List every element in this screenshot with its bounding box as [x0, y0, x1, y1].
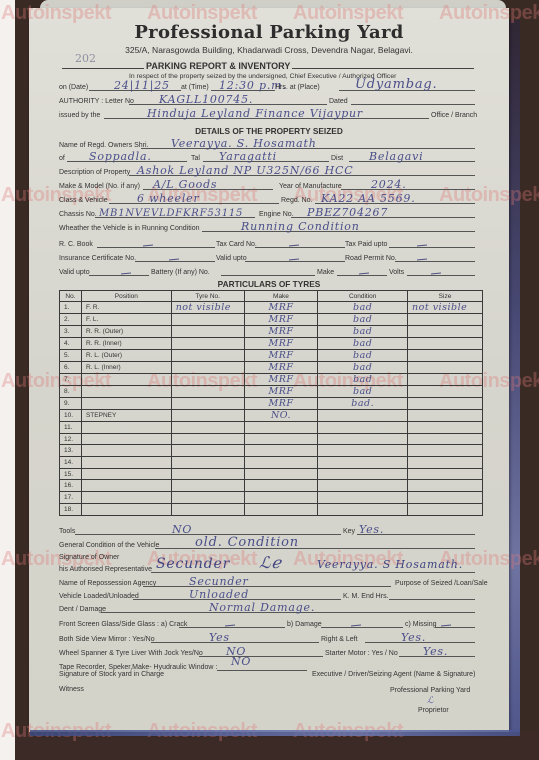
agency-label: Name of Repossession Agency	[59, 580, 156, 587]
tyre-cell-tyre-no	[171, 422, 244, 434]
km-label: K. M. End Hrs.	[343, 593, 389, 600]
tyre-cell-no: 13.	[60, 445, 82, 457]
table-row: 13.	[60, 445, 483, 457]
signature-line	[151, 572, 475, 573]
owner-signature-label: Signature of Owner	[59, 554, 119, 561]
battery-label: Battery (If any) No.	[151, 269, 210, 276]
tyre-cell-condition	[318, 410, 408, 422]
tyre-cell-position	[81, 492, 171, 504]
tyre-cell-no: 3.	[60, 326, 82, 338]
tyre-cell-no: 17.	[60, 492, 82, 504]
tyre-cell-size	[408, 503, 483, 515]
tyre-cell-position: F. R.	[81, 302, 171, 314]
make-model-value: A/L Goods	[153, 178, 217, 191]
tyre-cell-size	[408, 492, 483, 504]
tyre-cell-size	[408, 445, 483, 457]
proprietor-signature-icon: ℒ	[427, 696, 434, 732]
place-label: Hrs. at (Place)	[275, 84, 320, 91]
tyre-cell-tyre-no	[171, 457, 244, 469]
serial-number: 202	[75, 52, 96, 65]
tyre-cell-position	[81, 422, 171, 434]
glass-damage-line	[321, 627, 403, 628]
tyre-cell-tyre-no	[171, 410, 244, 422]
engine-value: PBEZ704267	[307, 206, 388, 219]
tal-label: Tal	[191, 155, 200, 162]
tyre-cell-tyre-no	[171, 433, 244, 445]
representative-signature: Secunder	[156, 556, 230, 572]
tyre-cell-condition: bad	[318, 338, 408, 350]
tyres-table: No. Position Tyre No. Make Condition Siz…	[59, 290, 483, 516]
mirror-label: Both Side View Mirror : Yes/No	[59, 636, 155, 643]
insurance-line	[135, 261, 215, 262]
tyre-cell-no: 1.	[60, 302, 82, 314]
tyre-cell-position	[81, 445, 171, 457]
handwritten-make: MRF	[269, 350, 294, 361]
tyre-cell-no: 5.	[60, 350, 82, 362]
handwritten-make: MRF	[269, 338, 294, 349]
starter-value: Yes.	[423, 645, 448, 658]
chassis-label: Chassis No.	[59, 211, 97, 218]
agency-value: Secunder	[189, 575, 249, 588]
handwritten-condition: bad	[353, 374, 372, 385]
company-address: 325/A, Narasgowda Building, Khadarwadi C…	[29, 45, 509, 55]
tyre-cell-tyre-no	[171, 374, 244, 386]
spanner-label: Wheel Spanner & Tyre Liver With Jock Yes…	[59, 650, 203, 657]
tyre-cell-size	[408, 468, 483, 480]
handwritten-tyre-no: not visible	[176, 302, 231, 313]
tyre-cell-position	[81, 503, 171, 515]
loaded-label: Vehicle Loaded/Unloaded	[59, 593, 139, 600]
tyres-section-title: PARTICULARS OF TYRES	[29, 279, 509, 289]
tyre-cell-tyre-no	[171, 503, 244, 515]
glass-crack-label: Front Screen Glass/Side Glass : a) Crack	[59, 621, 187, 628]
authorised-rep-label: his Authorised Representative	[59, 566, 152, 573]
table-row: 6.R. L. (Inner)MRFbad	[60, 362, 483, 374]
tyre-cell-no: 14.	[60, 457, 82, 469]
owner-signature: Veerayya. S Hosamath.	[317, 558, 463, 571]
description-label: Description of Property	[59, 169, 130, 176]
tyre-cell-no: 8.	[60, 386, 82, 398]
tyre-cell-condition	[318, 503, 408, 515]
dent-label: Dent / Damage	[59, 606, 106, 613]
handwritten-make: MRF	[269, 302, 294, 313]
scribble-signature-icon: ℒℯ	[259, 553, 282, 572]
table-row: 18.	[60, 503, 483, 515]
insurance-label: Insurance Certificate No.	[59, 255, 136, 262]
starter-label: Starter Motor : Yes / No	[325, 650, 398, 657]
right-left-value: Yes.	[401, 631, 426, 644]
tyre-cell-size	[408, 433, 483, 445]
regd-label: Regd. No.	[281, 197, 313, 204]
authority-value: KAGLL100745.	[159, 93, 253, 106]
tyre-cell-no: 10.	[60, 410, 82, 422]
handwritten-make: MRF	[269, 374, 294, 385]
handwritten-condition: bad	[353, 386, 372, 397]
general-condition-label: General Condition of the Vehicle	[59, 542, 159, 549]
valid-upto-label: Valid upto	[216, 255, 247, 262]
of-value: Soppadla.	[89, 150, 152, 163]
col-header-size: Size	[408, 291, 483, 302]
valid-upto-line	[245, 261, 345, 262]
tyre-cell-condition: bad	[318, 314, 408, 326]
handwritten-make: MRF	[269, 314, 294, 325]
col-header-position: Position	[81, 291, 171, 302]
tyre-cell-position	[81, 457, 171, 469]
tyre-cell-no: 4.	[60, 338, 82, 350]
tyre-cell-condition: bad	[318, 326, 408, 338]
handwritten-make: MRF	[269, 362, 294, 373]
tyre-cell-condition: bad	[318, 350, 408, 362]
tyre-cell-make	[244, 422, 318, 434]
tyre-cell-no: 15.	[60, 468, 82, 480]
handwritten-condition: bad	[353, 350, 372, 361]
table-row: 7.MRFbad	[60, 374, 483, 386]
running-condition-label: Wheather the Vehicle is in Running Condi…	[59, 225, 199, 232]
year-value: 2024.	[371, 178, 407, 191]
tyre-cell-tyre-no	[171, 445, 244, 457]
tyre-cell-no: 11.	[60, 422, 82, 434]
battery-make-line	[337, 275, 387, 276]
authority-label: AUTHORITY : Letter No	[59, 98, 134, 105]
tax-card-line	[255, 247, 345, 248]
issued-by-value: Hinduja Leyland Finance Vijaypur	[147, 107, 363, 120]
tyre-cell-tyre-no	[171, 480, 244, 492]
mirror-value: Yes	[209, 631, 230, 644]
glass-crack-line	[179, 627, 285, 628]
table-row: 16.	[60, 480, 483, 492]
tyre-cell-make	[244, 445, 318, 457]
tyre-cell-condition	[318, 422, 408, 434]
tyre-cell-make: MRF	[244, 314, 318, 326]
regd-value: KA22 AA 5569.	[321, 192, 415, 205]
agent-signature-label: Executive / Driver/Seizing Agent (Name &…	[312, 671, 475, 678]
tyre-cell-position: R. L. (Inner)	[81, 362, 171, 374]
table-header-row: No. Position Tyre No. Make Condition Siz…	[60, 291, 483, 302]
col-header-tyre-no: Tyre No.	[171, 291, 244, 302]
mirror-line	[151, 642, 319, 643]
owner-label: Name of Regd. Owners Shri.	[59, 142, 148, 149]
battery-line	[221, 275, 315, 276]
tyre-cell-size	[408, 398, 483, 410]
valid-upto-2-line	[89, 275, 149, 276]
tyre-cell-no: 16.	[60, 480, 82, 492]
tyre-cell-make	[244, 457, 318, 469]
handwritten-condition: bad	[353, 314, 372, 325]
property-section-title: DETAILS OF THE PROPERTY SEIZED	[29, 126, 509, 136]
tal-value: Yaragatti	[219, 150, 277, 163]
tyre-cell-position	[81, 468, 171, 480]
dated-line	[351, 104, 475, 105]
office-branch-label: Office / Branch	[431, 112, 477, 119]
tyre-cell-make	[244, 433, 318, 445]
tyre-cell-size	[408, 410, 483, 422]
volts-line	[407, 275, 475, 276]
table-row: 3.R. R. (Outer)MRFbad	[60, 326, 483, 338]
col-header-no: No.	[60, 291, 82, 302]
stock-yard-signature-label: Signature of Stock yard in Charge	[59, 671, 164, 678]
tyre-cell-make	[244, 480, 318, 492]
place-value: Udyambag.	[355, 77, 437, 92]
tyre-cell-condition: bad	[318, 362, 408, 374]
tyre-cell-position: R. R. (Outer)	[81, 326, 171, 338]
tyre-cell-condition	[318, 433, 408, 445]
date-label: on (Date)	[59, 84, 88, 91]
col-header-condition: Condition	[318, 291, 408, 302]
tape-recorder-line	[217, 670, 307, 671]
agency-line	[143, 586, 391, 587]
road-permit-label: Road Permit No.	[345, 255, 397, 262]
handwritten-make: MRF	[269, 386, 294, 397]
tyre-cell-condition: bad.	[318, 398, 408, 410]
handwritten-condition: bad	[353, 326, 372, 337]
handwritten-make: NO.	[271, 410, 291, 421]
tyre-cell-position: R. L. (Outer)	[81, 350, 171, 362]
tyre-cell-position	[81, 433, 171, 445]
tyre-cell-size	[408, 362, 483, 374]
company-title: Professional Parking Yard	[29, 22, 509, 43]
tyre-cell-condition	[318, 468, 408, 480]
tax-paid-label: Tax Paid upto	[345, 241, 387, 248]
running-condition-value: Running Condition	[241, 220, 360, 233]
tyre-cell-condition: bad	[318, 386, 408, 398]
dated-label: Dated	[329, 98, 348, 105]
general-condition-value: old. Condition	[195, 535, 299, 550]
engine-label: Engine No.	[259, 211, 294, 218]
volts-label: Volts	[389, 269, 404, 276]
description-value: Ashok Leyland NP U325N/66 HCC	[137, 164, 353, 177]
tyre-cell-tyre-no	[171, 314, 244, 326]
rc-book-label: R. C. Book	[59, 241, 93, 248]
parking-report-form: Autoinspekt Autoinspekt Autoinspekt Auto…	[29, 8, 509, 732]
table-row: 1.F. R.not visibleMRFbadnot visible	[60, 302, 483, 314]
tools-value: NO	[172, 523, 192, 536]
tyre-cell-make	[244, 468, 318, 480]
tyre-cell-make: MRF	[244, 362, 318, 374]
tyre-cell-tyre-no	[171, 350, 244, 362]
page-stack-bottom-edge	[30, 730, 520, 736]
tyre-cell-size	[408, 314, 483, 326]
tyre-cell-position	[81, 386, 171, 398]
tyre-cell-size	[408, 350, 483, 362]
table-row: 11.	[60, 422, 483, 434]
key-label: Key	[343, 528, 355, 535]
rc-book-line	[97, 247, 215, 248]
table-row: 17.	[60, 492, 483, 504]
tyre-cell-size	[408, 386, 483, 398]
handwritten-condition: bad	[353, 362, 372, 373]
tyre-cell-tyre-no	[171, 398, 244, 410]
tyre-cell-position	[81, 374, 171, 386]
spanner-line	[199, 656, 323, 657]
tax-paid-line	[389, 247, 475, 248]
battery-make-label: Make	[317, 269, 334, 276]
col-header-make: Make	[244, 291, 318, 302]
owner-value: Veerayya. S. Hosamath	[171, 137, 317, 150]
tax-card-label: Tax Card No.	[216, 241, 257, 248]
tyre-cell-condition	[318, 457, 408, 469]
table-row: 12.	[60, 433, 483, 445]
tyre-cell-no: 12.	[60, 433, 82, 445]
tyre-cell-condition: bad	[318, 374, 408, 386]
tyre-cell-no: 18.	[60, 503, 82, 515]
tyre-cell-no: 9.	[60, 398, 82, 410]
stamp-role: Proprietor	[418, 707, 449, 714]
glass-damage-label: b) Damage	[287, 621, 322, 628]
tyre-cell-make: MRF	[244, 326, 318, 338]
tyre-cell-make: MRF	[244, 338, 318, 350]
left-margin	[0, 0, 15, 760]
tape-recorder-value: NO	[231, 655, 251, 668]
tyre-cell-tyre-no: not visible	[171, 302, 244, 314]
tyre-cell-tyre-no	[171, 386, 244, 398]
tyre-cell-size	[408, 480, 483, 492]
handwritten-condition: bad.	[351, 398, 374, 409]
tyre-cell-no: 7.	[60, 374, 82, 386]
table-row: 8.MRFbad	[60, 386, 483, 398]
tyre-cell-tyre-no	[171, 468, 244, 480]
handwritten-condition: bad	[353, 302, 372, 313]
dist-value: Belagavi	[369, 150, 423, 163]
tyre-cell-size	[408, 338, 483, 350]
table-row: 2.F. L.MRFbad	[60, 314, 483, 326]
tyre-cell-size	[408, 422, 483, 434]
issued-by-label: issued by the	[59, 112, 100, 119]
tyre-cell-position	[81, 480, 171, 492]
tyre-cell-tyre-no	[171, 326, 244, 338]
tyre-cell-tyre-no	[171, 492, 244, 504]
class-label: Class & Vehicle	[59, 197, 108, 204]
class-value: 6 wheeler	[137, 192, 200, 205]
tyre-cell-condition	[318, 445, 408, 457]
report-title: PARKING REPORT & INVENTORY	[144, 61, 292, 71]
tyre-cell-make: MRF	[244, 350, 318, 362]
year-line	[341, 189, 475, 190]
glass-missing-label: c) Missing	[405, 621, 437, 628]
tyre-cell-size	[408, 457, 483, 469]
chassis-value: MB1NVEVLDFKRF53115	[99, 208, 243, 219]
tyre-cell-position: STEPNEY	[81, 410, 171, 422]
witness-label: Witness	[59, 686, 84, 693]
tyre-cell-make: MRF	[244, 386, 318, 398]
tyre-cell-condition: bad	[318, 302, 408, 314]
table-row: 9.MRFbad.	[60, 398, 483, 410]
road-permit-line	[395, 261, 475, 262]
year-label: Year of Manufacture	[279, 183, 342, 190]
valid-upto-2-label: Valid upto	[59, 269, 90, 276]
dent-value: Normal Damage.	[209, 601, 315, 614]
handwritten-condition: bad	[353, 338, 372, 349]
tyre-cell-tyre-no	[171, 362, 244, 374]
tyre-cell-size	[408, 374, 483, 386]
tyre-cell-condition	[318, 480, 408, 492]
handwritten-make: MRF	[269, 326, 294, 337]
tape-recorder-label: Tape Recorder, Speker,Make- Hyudraulic W…	[59, 664, 217, 671]
tyre-cell-position: F. L.	[81, 314, 171, 326]
time-label: at (Time)	[181, 84, 209, 91]
tyre-cell-condition	[318, 492, 408, 504]
tyre-cell-make: NO.	[244, 410, 318, 422]
table-row: 14.	[60, 457, 483, 469]
table-row: 4.R. R. (Inner)MRFbad	[60, 338, 483, 350]
tyre-cell-tyre-no	[171, 338, 244, 350]
tyre-cell-position	[81, 398, 171, 410]
stamp-company: Professional Parking Yard	[390, 687, 470, 694]
table-row: 5.R. L. (Outer)MRFbad	[60, 350, 483, 362]
tyre-cell-make	[244, 492, 318, 504]
tools-label: Tools	[59, 528, 75, 535]
make-model-label: Make & Model (No. if any)	[59, 183, 140, 190]
handwritten-size: not visible	[412, 302, 467, 313]
tyre-cell-position: R. R. (Inner)	[81, 338, 171, 350]
date-value: 24|11|25	[114, 79, 170, 92]
right-left-label: Right & Left	[321, 636, 358, 643]
table-row: 10.STEPNEYNO.	[60, 410, 483, 422]
tyre-cell-no: 2.	[60, 314, 82, 326]
km-line	[389, 599, 475, 600]
tyre-cell-make: MRF	[244, 398, 318, 410]
tyre-cell-make: MRF	[244, 302, 318, 314]
tyre-cell-make: MRF	[244, 374, 318, 386]
purpose-label: Purpose of Seized /Loan/Sale	[395, 580, 488, 587]
tyre-cell-make	[244, 503, 318, 515]
glass-missing-line	[435, 627, 475, 628]
tyre-cell-size: not visible	[408, 302, 483, 314]
dist-label: Dist	[331, 155, 343, 162]
tyre-cell-no: 6.	[60, 362, 82, 374]
tyre-cell-size	[408, 326, 483, 338]
background-surface	[15, 732, 539, 760]
handwritten-make: MRF	[269, 398, 294, 409]
of-label: of	[59, 155, 65, 162]
table-row: 15.	[60, 468, 483, 480]
loaded-value: Unloaded	[189, 588, 249, 601]
key-value: Yes.	[359, 523, 384, 536]
